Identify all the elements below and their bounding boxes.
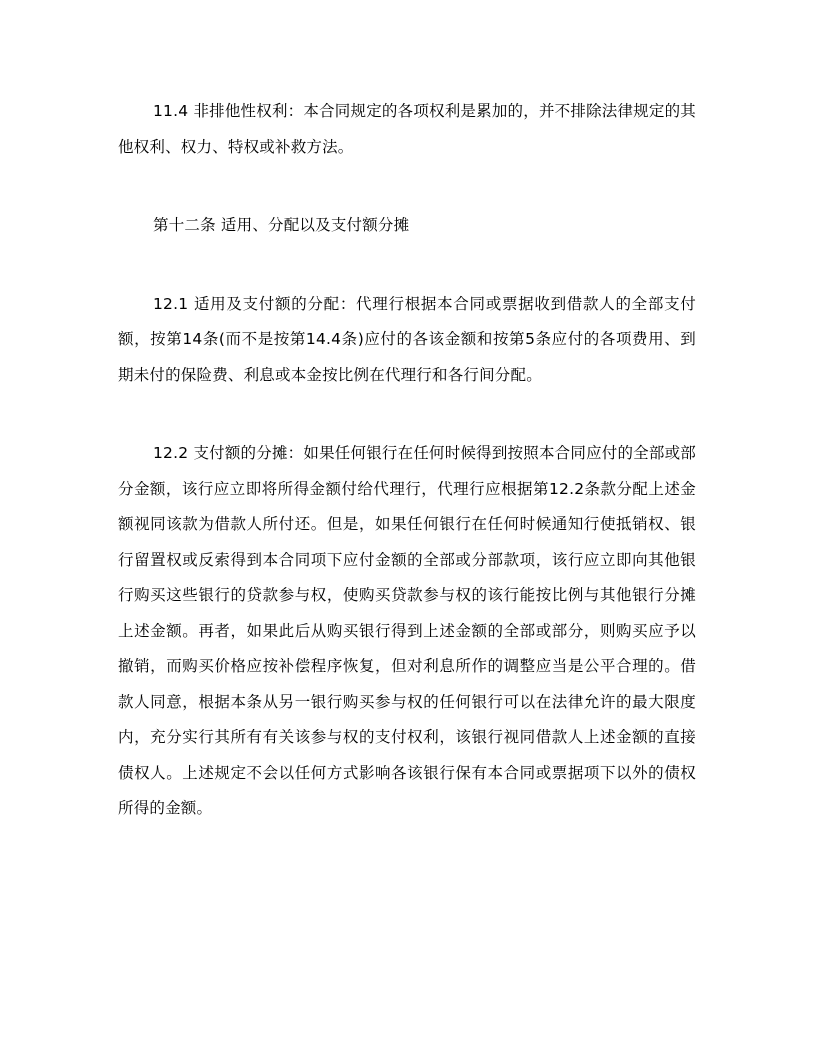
document-page: 11.4 非排他性权利：本合同规定的各项权利是累加的，并不排除法律规定的其他权利… [118, 94, 696, 827]
article-12-heading: 第十二条 适用、分配以及支付额分摊 [118, 208, 696, 244]
paragraph-11-4: 11.4 非排他性权利：本合同规定的各项权利是累加的，并不排除法律规定的其他权利… [118, 94, 696, 165]
paragraph-12-1: 12.1 适用及支付额的分配：代理行根据本合同或票据收到借款人的全部支付额，按第… [118, 287, 696, 394]
paragraph-12-2: 12.2 支付额的分摊：如果任何银行在任何时候得到按照本合同应付的全部或部分金额… [118, 436, 696, 827]
